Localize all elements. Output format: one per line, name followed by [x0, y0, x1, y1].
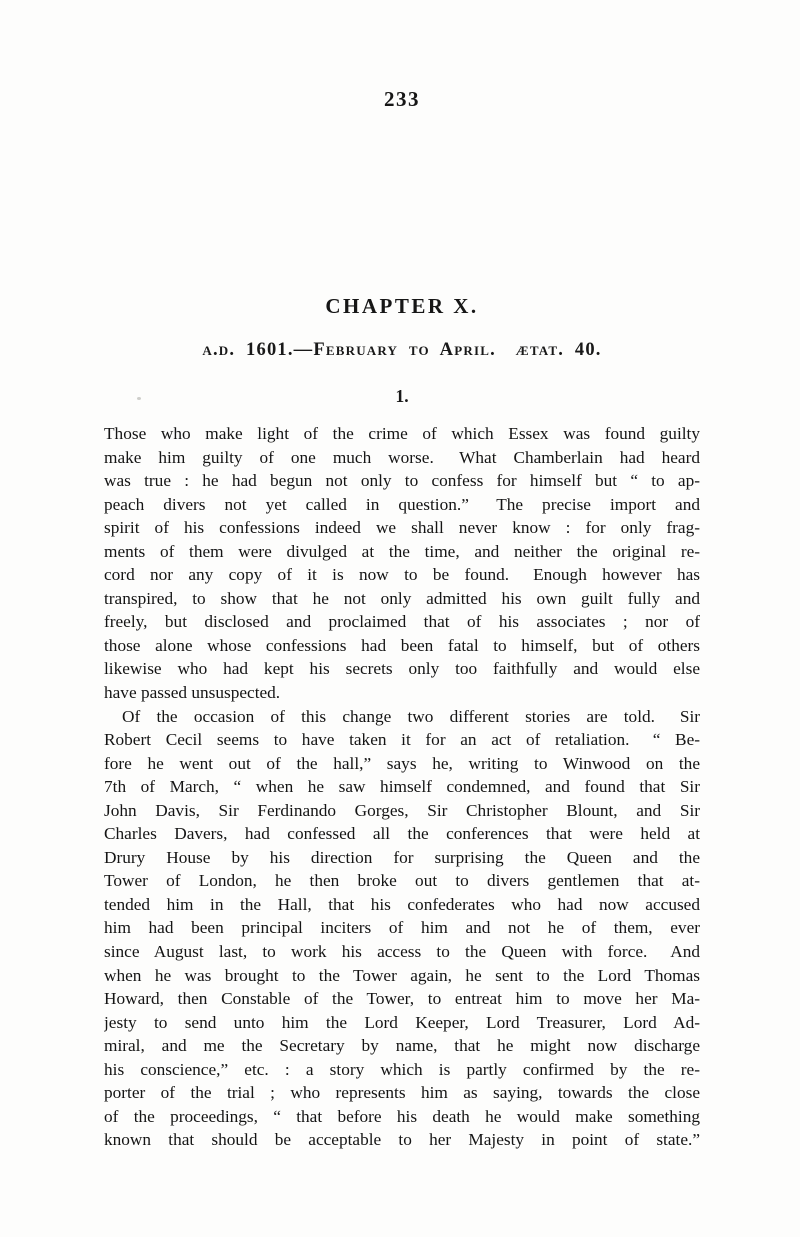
- text-line: Drury House by his direction for surpris…: [104, 846, 700, 870]
- text-line: tended him in the Hall, that his confede…: [104, 893, 700, 917]
- text-line: peach divers not yet called in question.…: [104, 493, 700, 517]
- text-line: Tower of London, he then broke out to di…: [104, 869, 700, 893]
- text-line: since August last, to work his access to…: [104, 940, 700, 964]
- text-line: Of the occasion of this change two diffe…: [104, 705, 700, 729]
- paragraph: Of the occasion of this change two diffe…: [104, 705, 700, 1152]
- text-line: fore he went out of the hall,” says he, …: [104, 752, 700, 776]
- chapter-heading: CHAPTER X.: [104, 294, 700, 319]
- section-number: 1.: [104, 386, 700, 407]
- text-line: his conscience,” etc. : a story which is…: [104, 1058, 700, 1082]
- book-page: 233 CHAPTER X. a.d. 1601.—February to Ap…: [0, 0, 800, 1237]
- text-line: when he was brought to the Tower again, …: [104, 964, 700, 988]
- text-line: jesty to send unto him the Lord Keeper, …: [104, 1011, 700, 1035]
- text-line: Robert Cecil seems to have taken it for …: [104, 728, 700, 752]
- text-line: of the proceedings, “ that before his de…: [104, 1105, 700, 1129]
- body-text: Those who make light of the crime of whi…: [104, 422, 700, 1152]
- text-line: cord nor any copy of it is now to be fou…: [104, 563, 700, 587]
- text-line: likewise who had kept his secrets only t…: [104, 657, 700, 681]
- text-line: ments of them were divulged at the time,…: [104, 540, 700, 564]
- paragraph: Those who make light of the crime of whi…: [104, 422, 700, 705]
- text-line: have passed unsuspected.: [104, 681, 700, 705]
- text-line: transpired, to show that he not only adm…: [104, 587, 700, 611]
- chapter-dateline: a.d. 1601.—February to April. ætat. 40.: [104, 340, 700, 361]
- text-line: John Davis, Sir Ferdinando Gorges, Sir C…: [104, 799, 700, 823]
- text-line: porter of the trial ; who represents him…: [104, 1081, 700, 1105]
- text-line: those alone whose confessions had been f…: [104, 634, 700, 658]
- text-line: miral, and me the Secretary by name, tha…: [104, 1034, 700, 1058]
- text-line: known that should be acceptable to her M…: [104, 1128, 700, 1152]
- text-line: spirit of his confessions indeed we shal…: [104, 516, 700, 540]
- text-line: him had been principal inciters of him a…: [104, 916, 700, 940]
- text-line: make him guilty of one much worse. What …: [104, 446, 700, 470]
- text-line: 7th of March, “ when he saw himself cond…: [104, 775, 700, 799]
- text-line: was true : he had begun not only to conf…: [104, 469, 700, 493]
- page-number: 233: [104, 87, 700, 112]
- text-line: Those who make light of the crime of whi…: [104, 422, 700, 446]
- scan-speck: [137, 397, 141, 400]
- text-line: Charles Davers, had confessed all the co…: [104, 822, 700, 846]
- text-line: Howard, then Constable of the Tower, to …: [104, 987, 700, 1011]
- text-line: freely, but disclosed and proclaimed tha…: [104, 610, 700, 634]
